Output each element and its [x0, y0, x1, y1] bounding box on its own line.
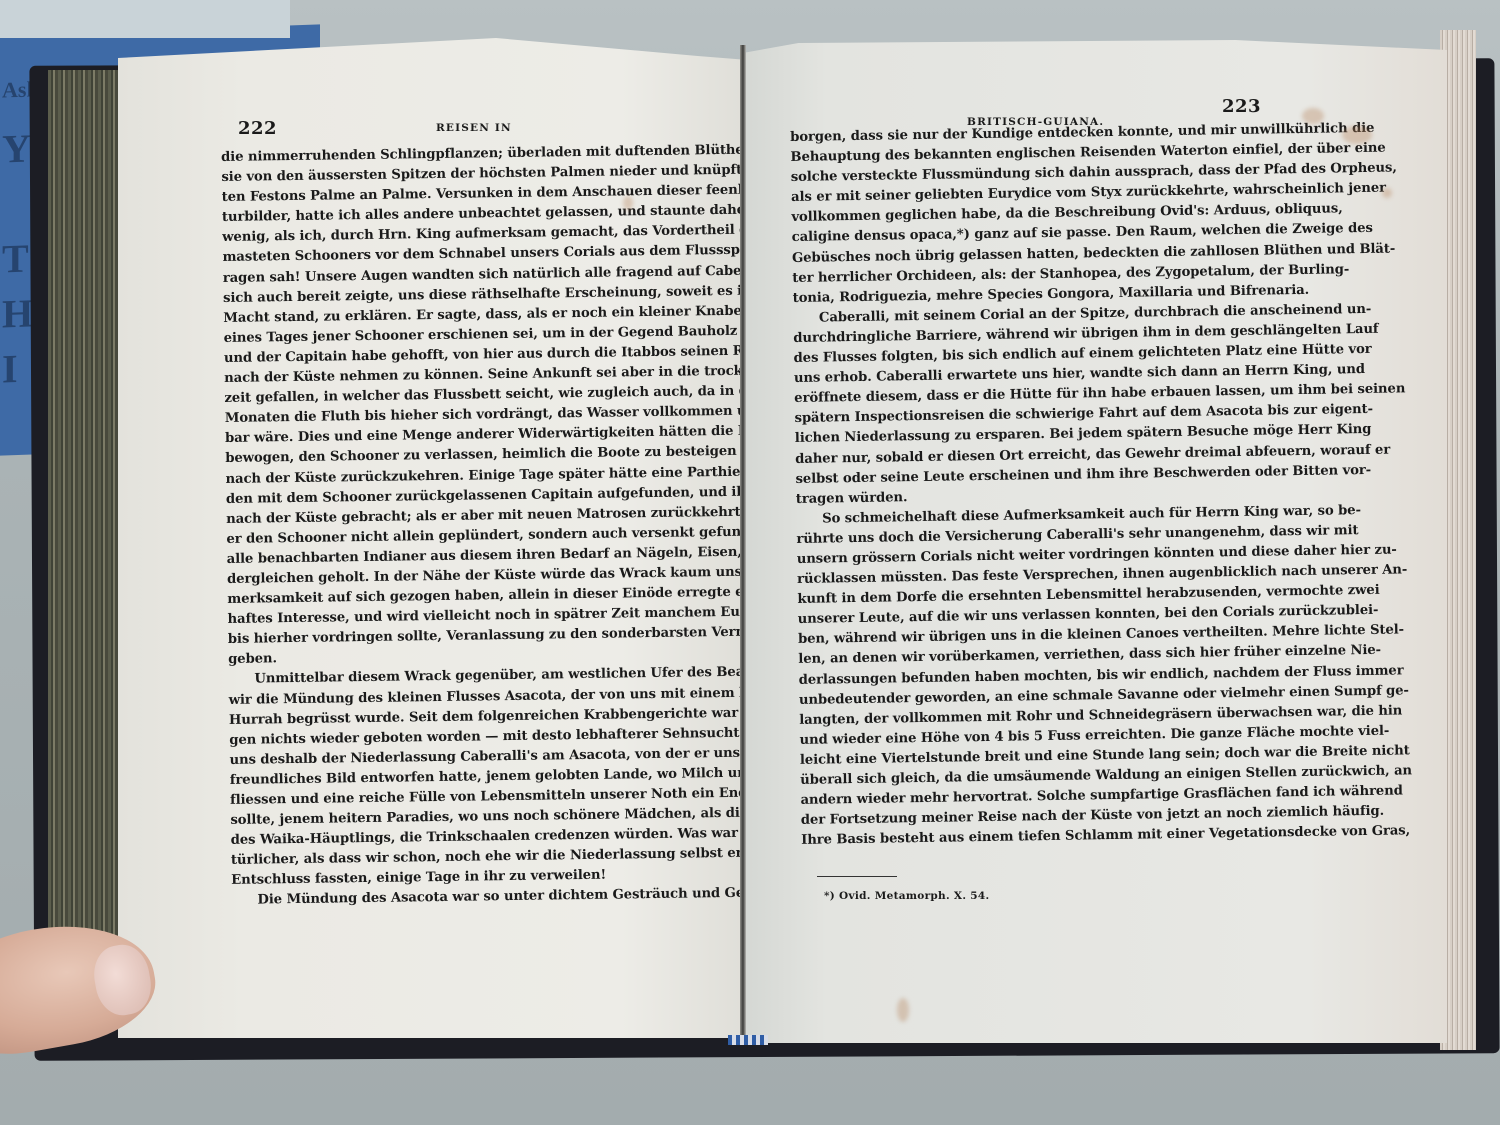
foxing-stain [1302, 108, 1324, 124]
folder-text: Y [2, 125, 31, 173]
foxing-stain [623, 196, 633, 210]
left-page: 222 REISEN IN die nimmerruhenden Schling… [118, 38, 748, 1038]
foxing-stain [1342, 126, 1372, 144]
foxing-stain [1382, 188, 1392, 198]
running-head: REISEN IN [436, 116, 512, 135]
page-stack-left [48, 70, 128, 960]
folder-text: H [2, 289, 33, 337]
foxing-stain [897, 998, 909, 1022]
folder-text: I [2, 345, 18, 393]
footnote: *) Ovid. Metamorph. X. 54. [824, 890, 989, 902]
left-page-body: die nimmerruhenden Schlingpflanzen; über… [221, 141, 706, 911]
page-number: 223 [1222, 96, 1261, 117]
spine-headband [728, 1035, 768, 1045]
folder-text: T [2, 235, 29, 283]
paper-edge [0, 0, 290, 38]
right-page-body: borgen, dass sie nur der Kundige entdeck… [790, 120, 1309, 851]
book-gutter [740, 45, 746, 1035]
page-number: 222 [238, 118, 277, 139]
right-page: BRITISCH-GUIANA. 223 borgen, dass sie nu… [742, 38, 1447, 1043]
footnote-rule [817, 876, 897, 877]
